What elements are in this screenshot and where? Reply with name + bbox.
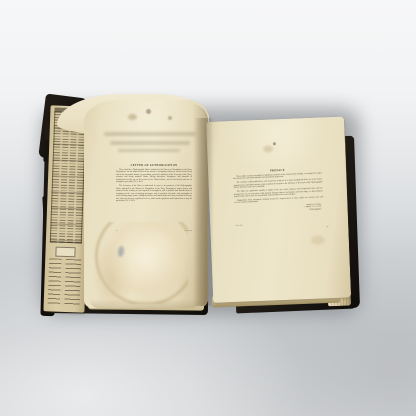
foxing-stain [146,109,151,114]
foxing-stain [128,114,137,120]
show-through-title-line [104,132,196,136]
show-through-title-line [110,141,190,145]
left-page: LETTER OF AUTHORIZATION There shall be a… [84,100,208,308]
right-page-footer-left: H. O. 205 [235,225,243,227]
chart-strip-index-header [55,247,75,258]
right-page: PREFACE These tables consist essentially… [206,116,351,302]
left-page-paragraph: The Secretary of the Navy is authorized … [116,185,192,203]
chart-strip-index-rows [48,258,82,306]
show-through-title-line [118,149,180,152]
chart-strip-index-table [48,246,82,306]
right-page-text-block: PREFACE These tables consist essentially… [233,167,324,214]
water-stain [92,222,188,304]
gutter-shadow [194,118,214,306]
right-page-number: iii [235,226,328,232]
left-page-paragraph: There shall be a Hydrographic Office att… [116,169,192,184]
left-page-heading: LETTER OF AUTHORIZATION [116,164,192,167]
left-page-text-block: LETTER OF AUTHORIZATION There shall be a… [116,164,192,203]
foxing-stain [273,142,276,145]
foxing-stain [311,235,325,245]
foxing-stain [168,116,172,120]
photo-of-open-book: LETTER OF AUTHORIZATION There shall be a… [0,0,416,416]
foxing-stain [263,145,273,152]
